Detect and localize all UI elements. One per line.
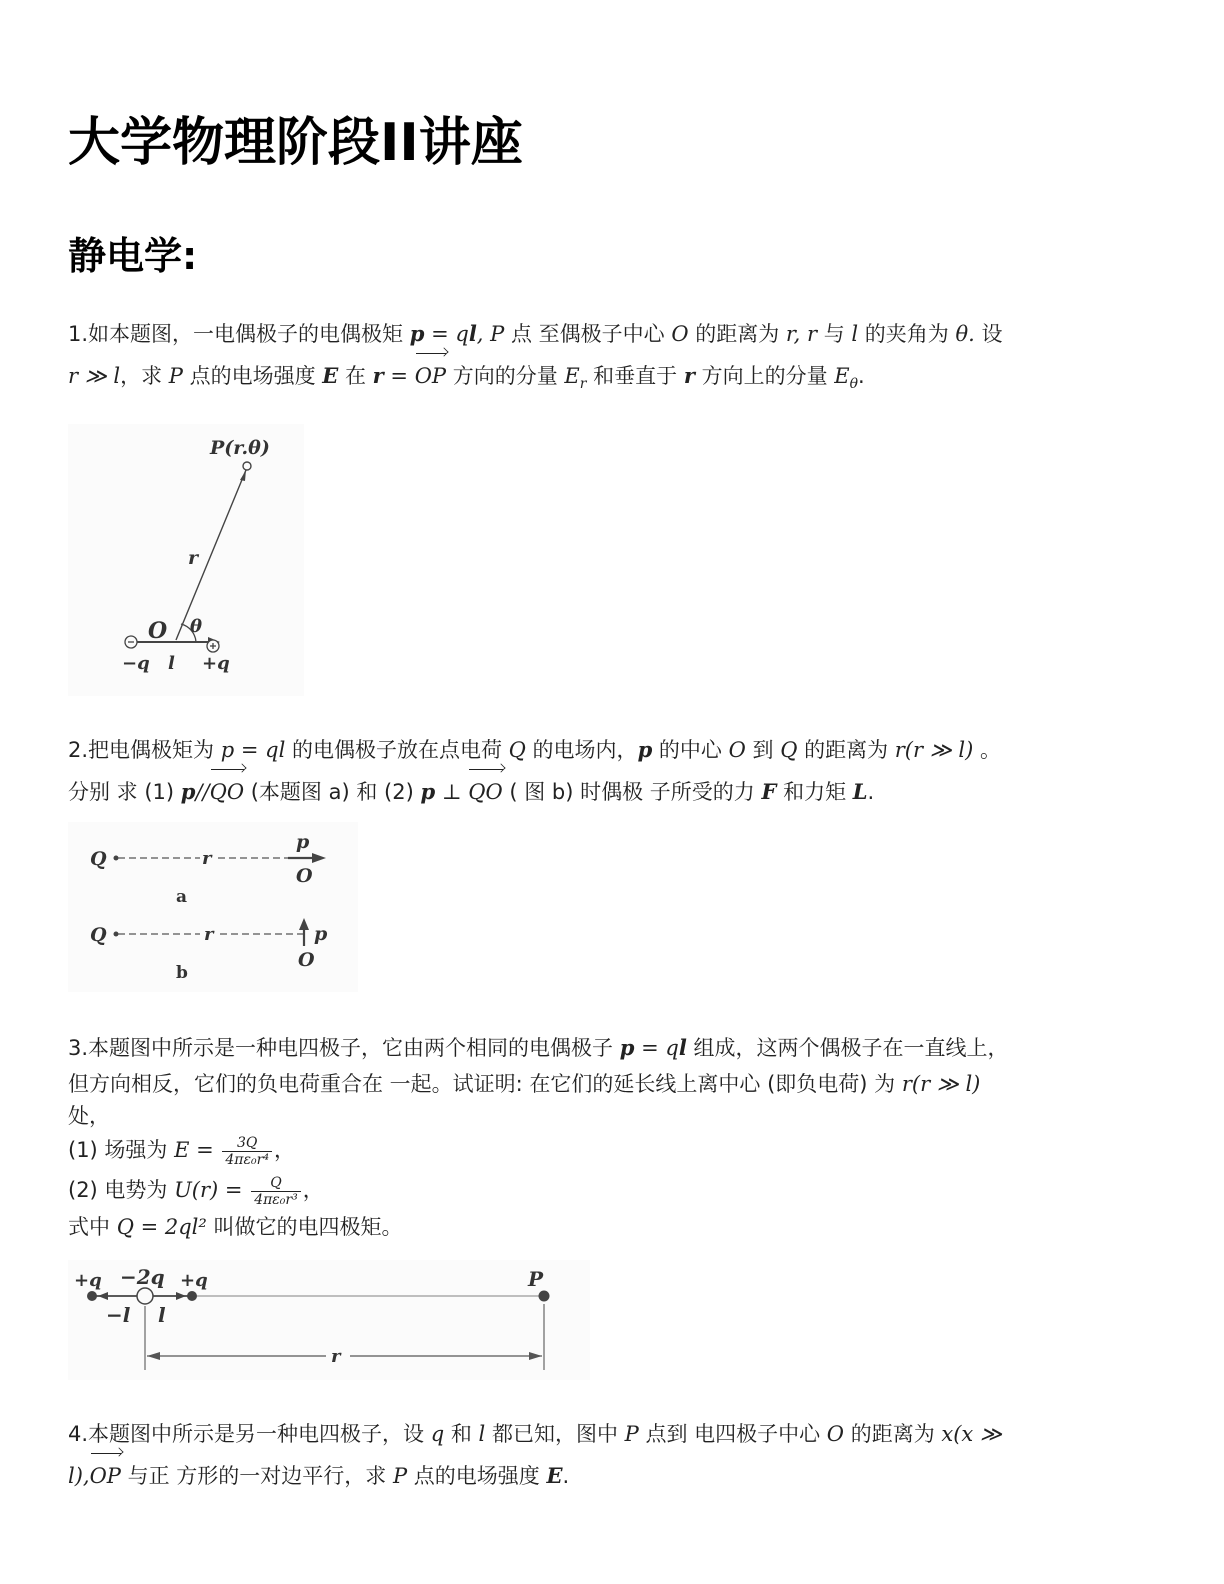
- problem-1-line-1: 1.如本题图，一电偶极子的电偶极矩 p = ql, P 点 至偶极子中心 O 的…: [68, 316, 1148, 352]
- svg-text:−2q: −2q: [120, 1265, 165, 1289]
- problem-3-line-3: 处，: [68, 1102, 1148, 1130]
- label-minus-q: −q: [122, 653, 150, 674]
- svg-text:b: b: [176, 963, 188, 983]
- label-l: l: [168, 653, 175, 674]
- svg-text:O: O: [298, 949, 315, 971]
- svg-text:p: p: [296, 831, 310, 853]
- section-heading: 静电学:: [68, 228, 197, 284]
- svg-text:P: P: [527, 1267, 544, 1291]
- svg-text:+q: +q: [180, 1270, 208, 1291]
- problem-1-line-2: r ≫ l，求 P 点的电场强度 E 在 r = OP 方向的分量 Er 和垂直…: [68, 358, 1148, 402]
- problem-2-line-2: 分别 求 (1) p//QO (本题图 a) 和 (2) p ⊥ QO ( 图 …: [68, 774, 1148, 810]
- problem-4-line-1: 4.本题图中所示是另一种电四极子，设 q 和 l 都已知，图中 P 点到 电四极…: [68, 1416, 1148, 1452]
- fraction-U: Q4πε₀r³: [251, 1175, 301, 1208]
- svg-text:−l: −l: [106, 1303, 131, 1327]
- svg-text:O: O: [296, 865, 313, 887]
- svg-text:r: r: [202, 848, 213, 869]
- problem-3-line-6: 式中 Q = 2ql² 叫做它的电四极矩。: [68, 1210, 1148, 1244]
- figure-dipole-in-point-charge-field: Q r p O a Q r p O b: [68, 822, 358, 992]
- figure-dipole-field-point: P(r.θ) r O θ −q l +q: [68, 424, 304, 696]
- problem-2-line-1: 2.把电偶极矩为 p = ql 的电偶极子放在点电荷 Q 的电场内，p 的中心 …: [68, 732, 1148, 768]
- problem-3-line-5: (2) 电势为 U(r) = Q4πε₀r³，: [68, 1170, 1148, 1210]
- svg-text:r: r: [204, 924, 215, 945]
- svg-text:a: a: [176, 887, 187, 907]
- problem-1-text: 1.如本题图，一电偶极子的电偶极矩 p = ql, P 点 至偶极子中心 O 的…: [68, 316, 1148, 402]
- svg-text:p: p: [314, 923, 328, 945]
- fraction-E: 3Q4πε₀r⁴: [222, 1135, 272, 1168]
- problem-3-text: 3.本题图中所示是一种电四极子，它由两个相同的电偶极子 p = ql 组成，这两…: [68, 1030, 1148, 1244]
- problem-2-text: 2.把电偶极矩为 p = ql 的电偶极子放在点电荷 Q 的电场内，p 的中心 …: [68, 732, 1148, 810]
- problem-3-line-1: 3.本题图中所示是一种电四极子，它由两个相同的电偶极子 p = ql 组成，这两…: [68, 1030, 1148, 1066]
- problem-4-text: 4.本题图中所示是另一种电四极子，设 q 和 l 都已知，图中 P 点到 电四极…: [68, 1416, 1148, 1494]
- label-P-r-theta: P(r.θ): [209, 437, 270, 459]
- problem-4-line-2: l),OP 与正 方形的一对边平行，求 P 点的电场强度 E.: [68, 1458, 1148, 1494]
- svg-text:r: r: [331, 1346, 342, 1367]
- svg-text:Q: Q: [90, 848, 107, 870]
- problem-3-line-4: (1) 场强为 E = 3Q4πε₀r⁴，: [68, 1130, 1148, 1170]
- figure-linear-quadrupole: +q −2q +q P −l l r: [68, 1260, 590, 1380]
- problem-3-line-2: 但方向相反，它们的负电荷重合在 一起。试证明: 在它们的延长线上离中心 (即负电…: [68, 1066, 1148, 1102]
- label-O: O: [148, 618, 167, 644]
- label-plus-q: +q: [202, 653, 230, 674]
- label-r: r: [188, 547, 200, 569]
- svg-text:Q: Q: [90, 924, 107, 946]
- page-title: 大学物理阶段II讲座: [68, 108, 523, 178]
- label-theta: θ: [190, 616, 202, 637]
- svg-text:l: l: [158, 1303, 166, 1327]
- svg-text:+q: +q: [74, 1270, 102, 1291]
